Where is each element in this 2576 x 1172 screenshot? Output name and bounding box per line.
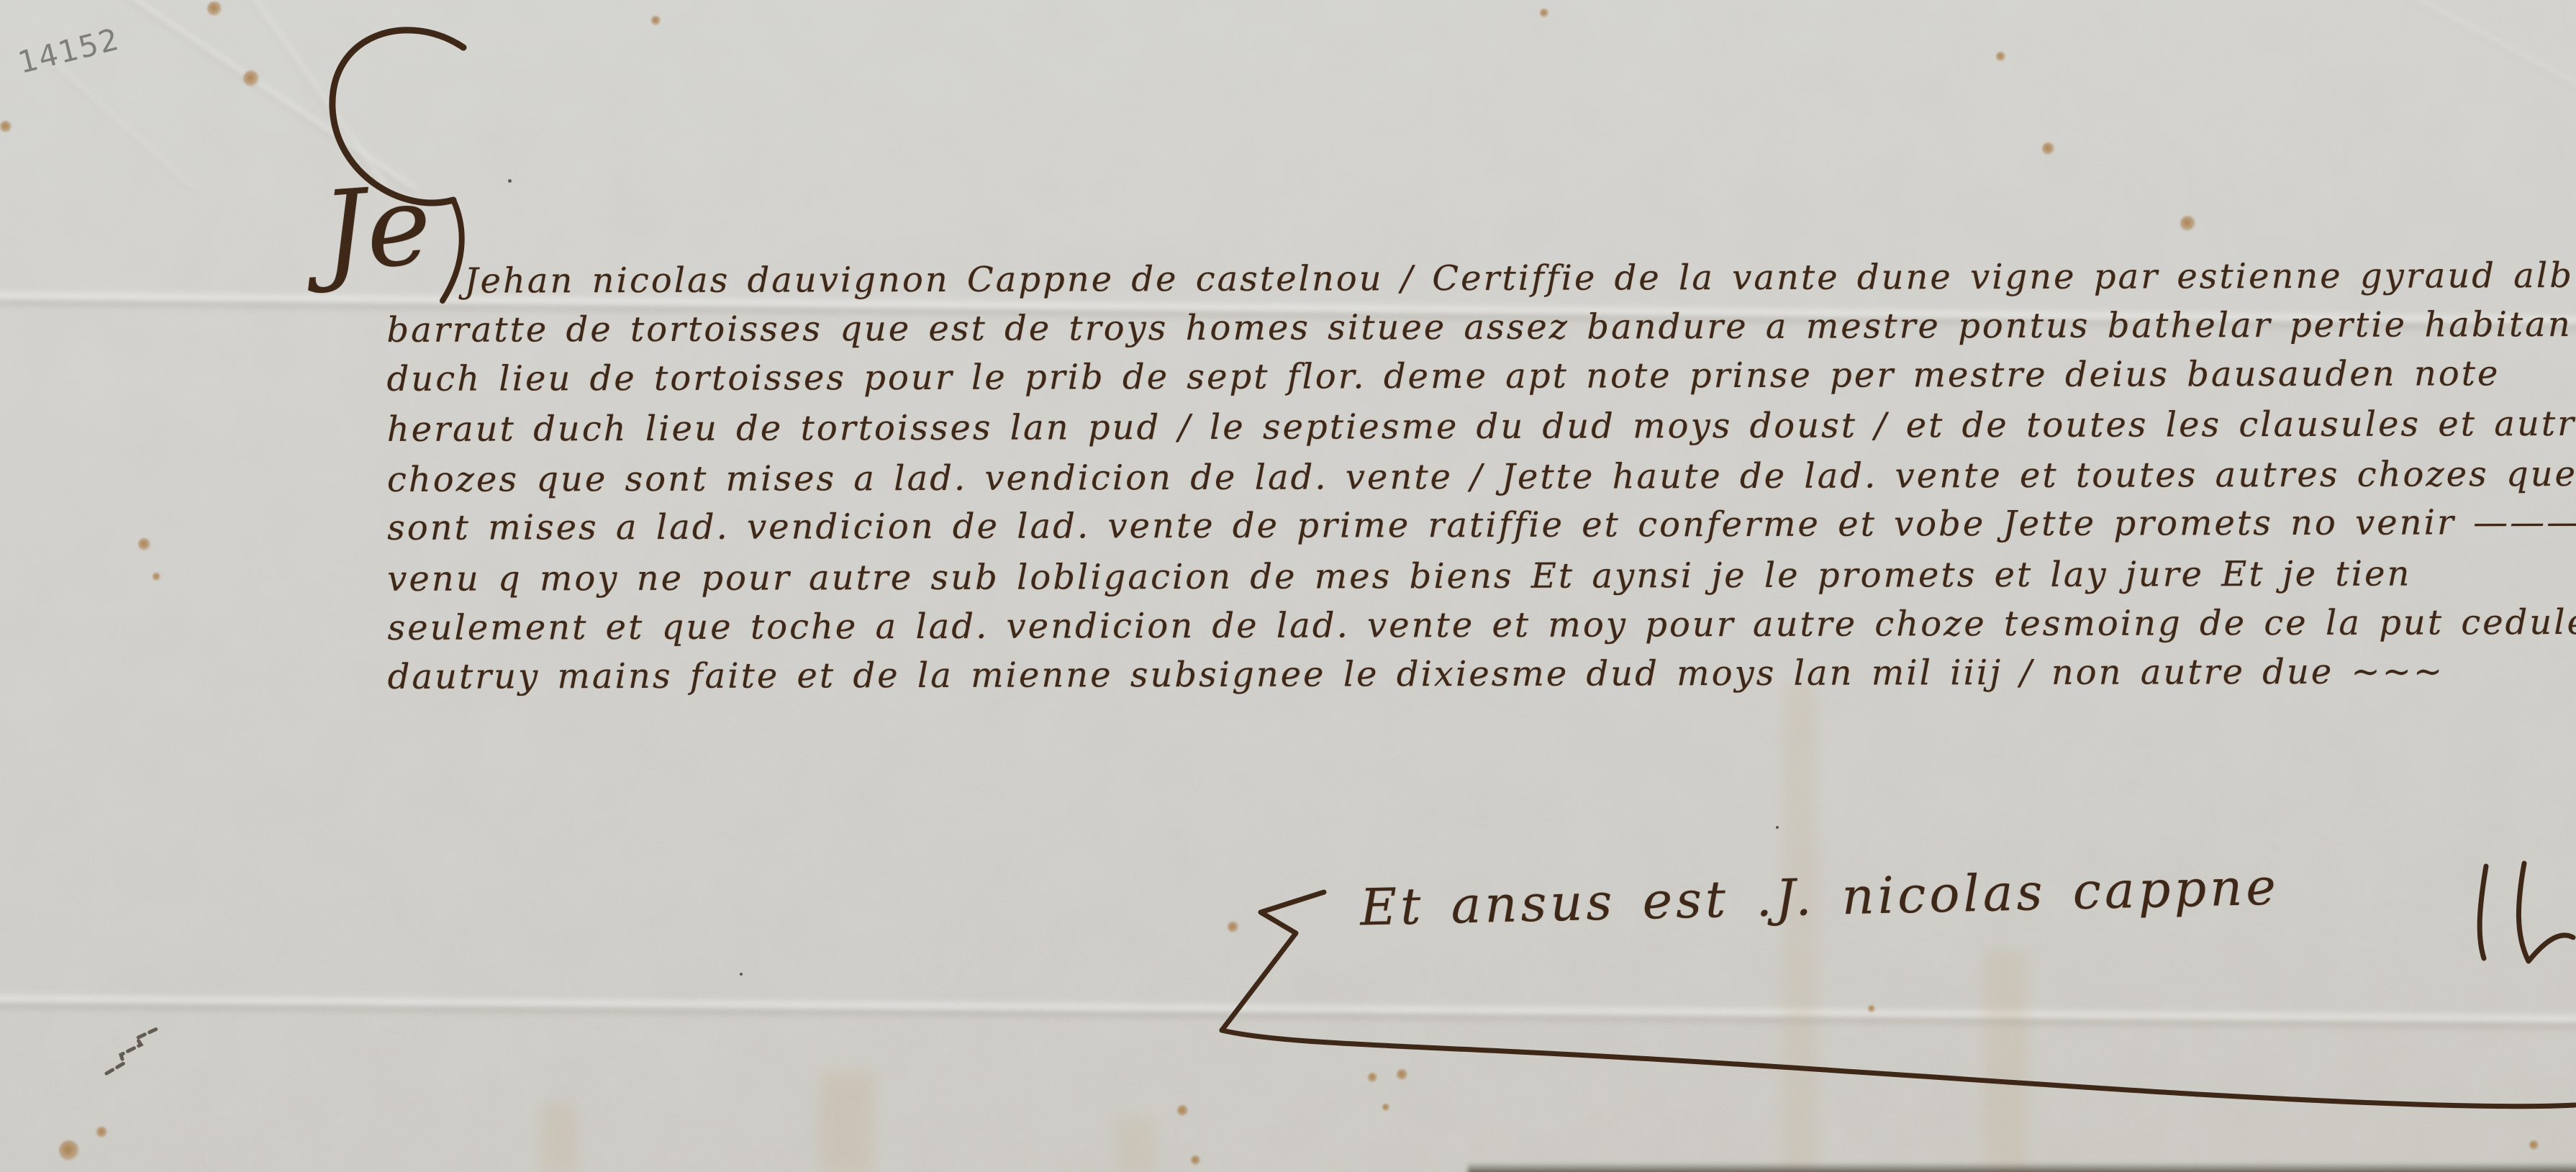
foxing-spot [1397, 1069, 1407, 1080]
manuscript-line: duch lieu de tortoisses pour le prib de … [387, 349, 2546, 404]
foxing-spot [1540, 9, 1548, 17]
foxing-spot [651, 16, 661, 25]
paper-edge-shadow [1468, 1163, 2576, 1172]
manuscript-photo: 14152 Je Jehan nicolas dauvignon Cappne … [0, 0, 2576, 1172]
manuscript-line: venu q moy ne pour autre sub lobligacion… [387, 549, 2546, 604]
foxing-spot [1228, 922, 1238, 932]
manuscript-line: Jehan nicolas dauvignon Cappne de castel… [386, 251, 2545, 306]
foxing-spot [1996, 52, 2005, 61]
manuscript-line: dautruy mains faite et de la mienne subs… [388, 647, 2546, 702]
pencil-archival-number: 14152 [14, 21, 123, 80]
ink-speck [740, 973, 743, 976]
foxing-spot [2042, 142, 2054, 155]
top-left-crease [232, 0, 386, 188]
foxing-spot [0, 121, 12, 132]
ink-speck [1776, 826, 1779, 829]
manuscript-line: seulement et que toche a lad. vendicion … [387, 598, 2546, 653]
signature-line: Et ansus est .J. nicolas cappne [1359, 858, 2280, 937]
foxing-spot [2529, 1140, 2539, 1150]
stain-streak [820, 1072, 874, 1172]
stain-streak [1117, 1117, 1156, 1172]
stain-streak [541, 1104, 576, 1172]
stain-streak [1783, 683, 1816, 1172]
foxing-spot [138, 538, 150, 550]
foxing-spot [1382, 1104, 1389, 1111]
foxing-spot [1191, 1155, 1200, 1165]
foxing-spot [1177, 1105, 1188, 1116]
foxing-spot [96, 1127, 107, 1137]
stain-streak [1985, 950, 2026, 1172]
manuscript-text-block: Jehan nicolas dauvignon Cappne de castel… [386, 250, 2546, 703]
top-left-crease [39, 50, 193, 190]
top-right-crease [2393, 0, 2576, 100]
manuscript-line: heraut duch lieu de tortoisses lan pud /… [387, 399, 2546, 455]
manuscript-line: sont mises a lad. vendicion de lad. vent… [387, 498, 2546, 553]
manuscript-line: chozes que sont mises a lad. vendicion d… [387, 450, 2546, 505]
foxing-spot [153, 573, 160, 581]
manuscript-line: barratte de tortoisses que est de troys … [386, 300, 2545, 355]
foxing-spot [1368, 1073, 1377, 1082]
foxing-spot [1868, 1005, 1875, 1012]
foxing-spot [59, 1140, 79, 1160]
ink-speck [508, 179, 512, 183]
foxing-spot [243, 71, 259, 86]
foxing-spot [2180, 216, 2195, 231]
horizontal-fold-lower [0, 991, 2576, 1033]
foxing-spot [207, 1, 222, 16]
